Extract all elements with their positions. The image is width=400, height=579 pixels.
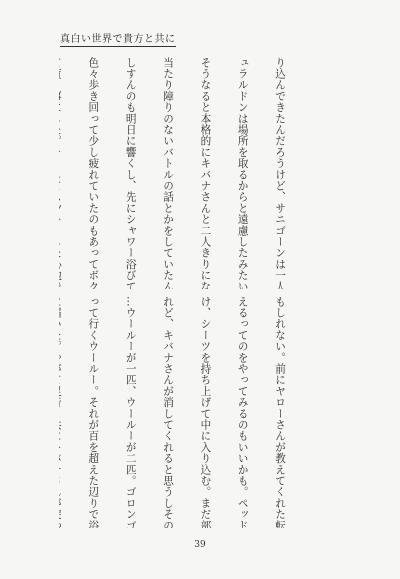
text-column: って行くウールー。それが百を超えた辺りで浴室のドアが開く音が耳 <box>87 296 99 528</box>
text-column: に届いた。やがて足音と共にキバナさんが戻ってくるのを感じて、改 <box>59 296 62 528</box>
text-column: け、シーツを持ち上げて中に入り込む。まだ部屋の明かりが眩しいけ <box>199 296 211 528</box>
text-column: 当たり障りのないバトルの話とかをしていたんだけど「あまり夜更か <box>162 57 174 289</box>
lower-text-tier: もしれない。前にヤローさんが教えてくれた転がるウールーの数を数 えるってのをやっ… <box>59 296 311 528</box>
upper-text-tier: り込んできたんだろうけど、サニゴーンは一人気ままな性格だし、ジ ュラルドンは場所… <box>59 57 311 289</box>
text-column: て貰う事にした。そうしてスッキリした心地で出てきたボクが部屋の <box>59 57 62 289</box>
text-column: もしれない。前にヤローさんが教えてくれた転がるウールーの数を数 <box>274 296 286 528</box>
text-column: えるってのをやってみるのもいいかも。ペッドボトルを冷蔵庫に片付 <box>236 296 248 528</box>
running-title: 真白い世界で貴方と共に <box>60 30 176 47</box>
text-column: …ウールーが一匹、ウールーが二匹。ゴロンゴロンと右から左へ転が <box>124 296 136 528</box>
text-column: そうなると本格的にキバナさんと二人きりになる訳であって。何とか <box>199 57 211 289</box>
text-column: しすんのも明日に響くし、先にシャワー浴びていいぜ？」と言われて、 <box>124 57 136 289</box>
page-number: 39 <box>0 540 400 550</box>
book-page: 真白い世界で貴方と共に り込んできたんだろうけど、サニゴーンは一人気ままな性格だ… <box>0 0 400 579</box>
text-column: 色々歩き回って少し疲れていたのもあってボクはその言葉に甘えさせ <box>87 57 99 289</box>
text-column: り込んできたんだろうけど、サニゴーンは一人気ままな性格だし、ジ <box>274 57 286 289</box>
text-column: れど、キバナさんが消してくれると思うしそのまま目を瞑った。 <box>162 296 174 528</box>
text-column: ュラルドンは場所を取るからと遠慮したみたい。 <box>236 57 248 289</box>
